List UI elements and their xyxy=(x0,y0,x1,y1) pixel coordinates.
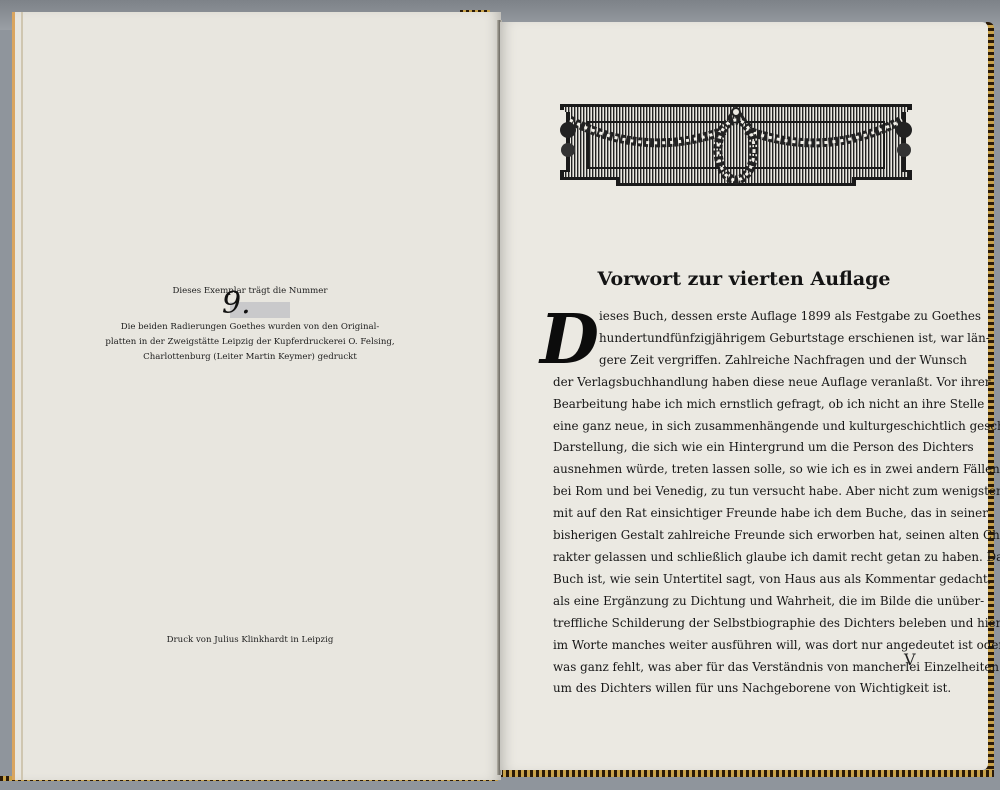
left-page xyxy=(12,12,501,780)
text-line: Darstellung, die sich wie ein Hintergrun… xyxy=(553,437,929,459)
text-line: bisherigen Gestalt zahlreiche Freunde si… xyxy=(553,525,929,547)
cover-edge-bottom xyxy=(500,770,994,777)
copy-number-field: 9. xyxy=(230,302,290,318)
text-line: hundertundfünfzigjährigem Geburtstage er… xyxy=(553,328,929,350)
page-number: V xyxy=(904,650,916,669)
text-line: Buch ist, wie sein Untertitel sagt, von … xyxy=(553,569,929,591)
text-line: eine ganz neue, in sich zusammenhängende… xyxy=(553,416,929,438)
text-line: gere Zeit vergriffen. Zahlreiche Nachfra… xyxy=(553,350,929,372)
text-line: im Worte manches weiter ausführen will, … xyxy=(553,635,929,657)
text-line: um des Dichters willen für uns Nachgebor… xyxy=(553,678,929,700)
text-line: rakter gelassen und schließlich glaube i… xyxy=(553,547,929,569)
printer-note: Druck von Julius Klinkhardt in Leipzig xyxy=(60,633,440,648)
preface-body: ieses Buch, dessen erste Auflage 1899 al… xyxy=(553,306,929,700)
text-line: der Verlagsbuchhandlung haben diese neue… xyxy=(553,372,929,394)
preface-title: Vorwort zur vierten Auflage xyxy=(500,268,988,290)
text-line: mit auf den Rat einsichtiger Freunde hab… xyxy=(553,503,929,525)
copy-number: 9. xyxy=(222,296,251,311)
text-line: treffliche Schilderung der Selbstbiograp… xyxy=(553,613,929,635)
text-line: Bearbeitung habe ich mich ernstlich gefr… xyxy=(553,394,929,416)
text-line: bei Rom und bei Venedig, zu tun versucht… xyxy=(553,481,929,503)
etchings-note-line: Charlottenburg (Leiter Martin Keymer) ge… xyxy=(60,350,440,365)
text-line: was ganz fehlt, was aber für das Verstän… xyxy=(553,657,929,679)
text-line: ausnehmen würde, treten lassen solle, so… xyxy=(553,459,929,481)
etchings-note: Die beiden Radierungen Goethes wurden vo… xyxy=(60,320,440,365)
text-line: als eine Ergänzung zu Dichtung und Wahrh… xyxy=(553,591,929,613)
etchings-note-line: platten in der Zweigstätte Leipzig der K… xyxy=(60,335,440,350)
text-line: ieses Buch, dessen erste Auflage 1899 al… xyxy=(553,306,929,328)
etchings-note-line: Die beiden Radierungen Goethes wurden vo… xyxy=(60,320,440,335)
garland-ornament-icon xyxy=(556,100,916,192)
